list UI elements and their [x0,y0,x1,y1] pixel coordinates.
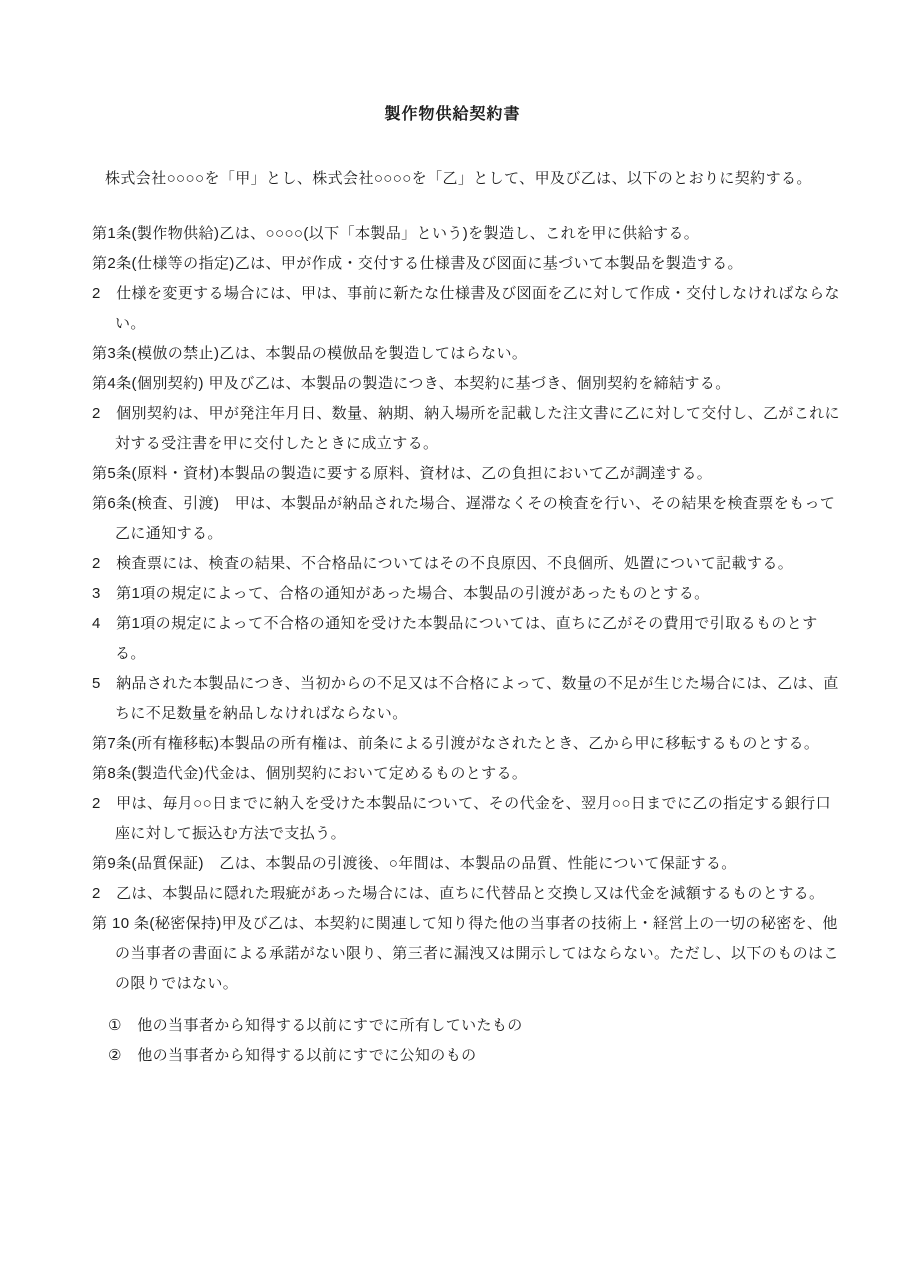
article-1: 第1条(製作物供給)乙は、○○○○(以下「本製品」という)を製造し、これを甲に供… [92,219,845,249]
article-8-paragraph-2: 2 甲は、毎月○○日までに納入を受けた本製品について、その代金を、翌月○○日まで… [92,789,845,849]
article-4-paragraph-2: 2 個別契約は、甲が発注年月日、数量、納期、納入場所を記載した注文書に乙に対して… [92,399,845,459]
article-9-paragraph-2: 2 乙は、本製品に隠れた瑕疵があった場合には、直ちに代替品と交換し又は代金を減額… [92,879,845,909]
article-6: 第6条(検査、引渡) 甲は、本製品が納品された場合、遅滞なくその検査を行い、その… [92,489,845,549]
article-9: 第9条(品質保証) 乙は、本製品の引渡後、○年間は、本製品の品質、性能について保… [92,849,845,879]
article-6-paragraph-2: 2 検査票には、検査の結果、不合格品についてはその不良原因、不良個所、処置につい… [92,549,845,579]
article-7: 第7条(所有権移転)本製品の所有権は、前条による引渡がなされたとき、乙から甲に移… [92,729,845,759]
document-title: 製作物供給契約書 [0,100,905,130]
article-10: 第 10 条(秘密保持)甲及び乙は、本契約に関連して知り得た他の当事者の技術上・… [92,909,845,999]
intro-paragraph: 株式会社○○○○を「甲」とし、株式会社○○○○を「乙」として、甲及び乙は、以下の… [92,164,845,194]
article-4: 第4条(個別契約) 甲及び乙は、本製品の製造につき、本契約に基づき、個別契約を締… [92,369,845,399]
article-2: 第2条(仕様等の指定)乙は、甲が作成・交付する仕様書及び図面に基づいて本製品を製… [92,249,845,279]
article-6-paragraph-3: 3 第1項の規定によって、合格の通知があった場合、本製品の引渡があったものとする… [92,579,845,609]
article-10-item-1: ① 他の当事者から知得する以前にすでに所有していたもの [92,1011,845,1041]
article-10-item-2: ② 他の当事者から知得する以前にすでに公知のもの [92,1041,845,1071]
article-2-paragraph-2: 2 仕様を変更する場合には、甲は、事前に新たな仕様書及び図面を乙に対して作成・交… [92,279,845,339]
document-page: 製作物供給契約書 株式会社○○○○を「甲」とし、株式会社○○○○を「乙」として、… [0,0,905,1280]
article-8: 第8条(製造代金)代金は、個別契約において定めるものとする。 [92,759,845,789]
article-6-paragraph-4: 4 第1項の規定によって不合格の通知を受けた本製品については、直ちに乙がその費用… [92,609,845,669]
article-5: 第5条(原料・資材)本製品の製造に要する原料、資材は、乙の負担において乙が調達す… [92,459,845,489]
article-6-paragraph-5: 5 納品された本製品につき、当初からの不足又は不合格によって、数量の不足が生じた… [92,669,845,729]
article-3: 第3条(模倣の禁止)乙は、本製品の模倣品を製造してはらない。 [92,339,845,369]
